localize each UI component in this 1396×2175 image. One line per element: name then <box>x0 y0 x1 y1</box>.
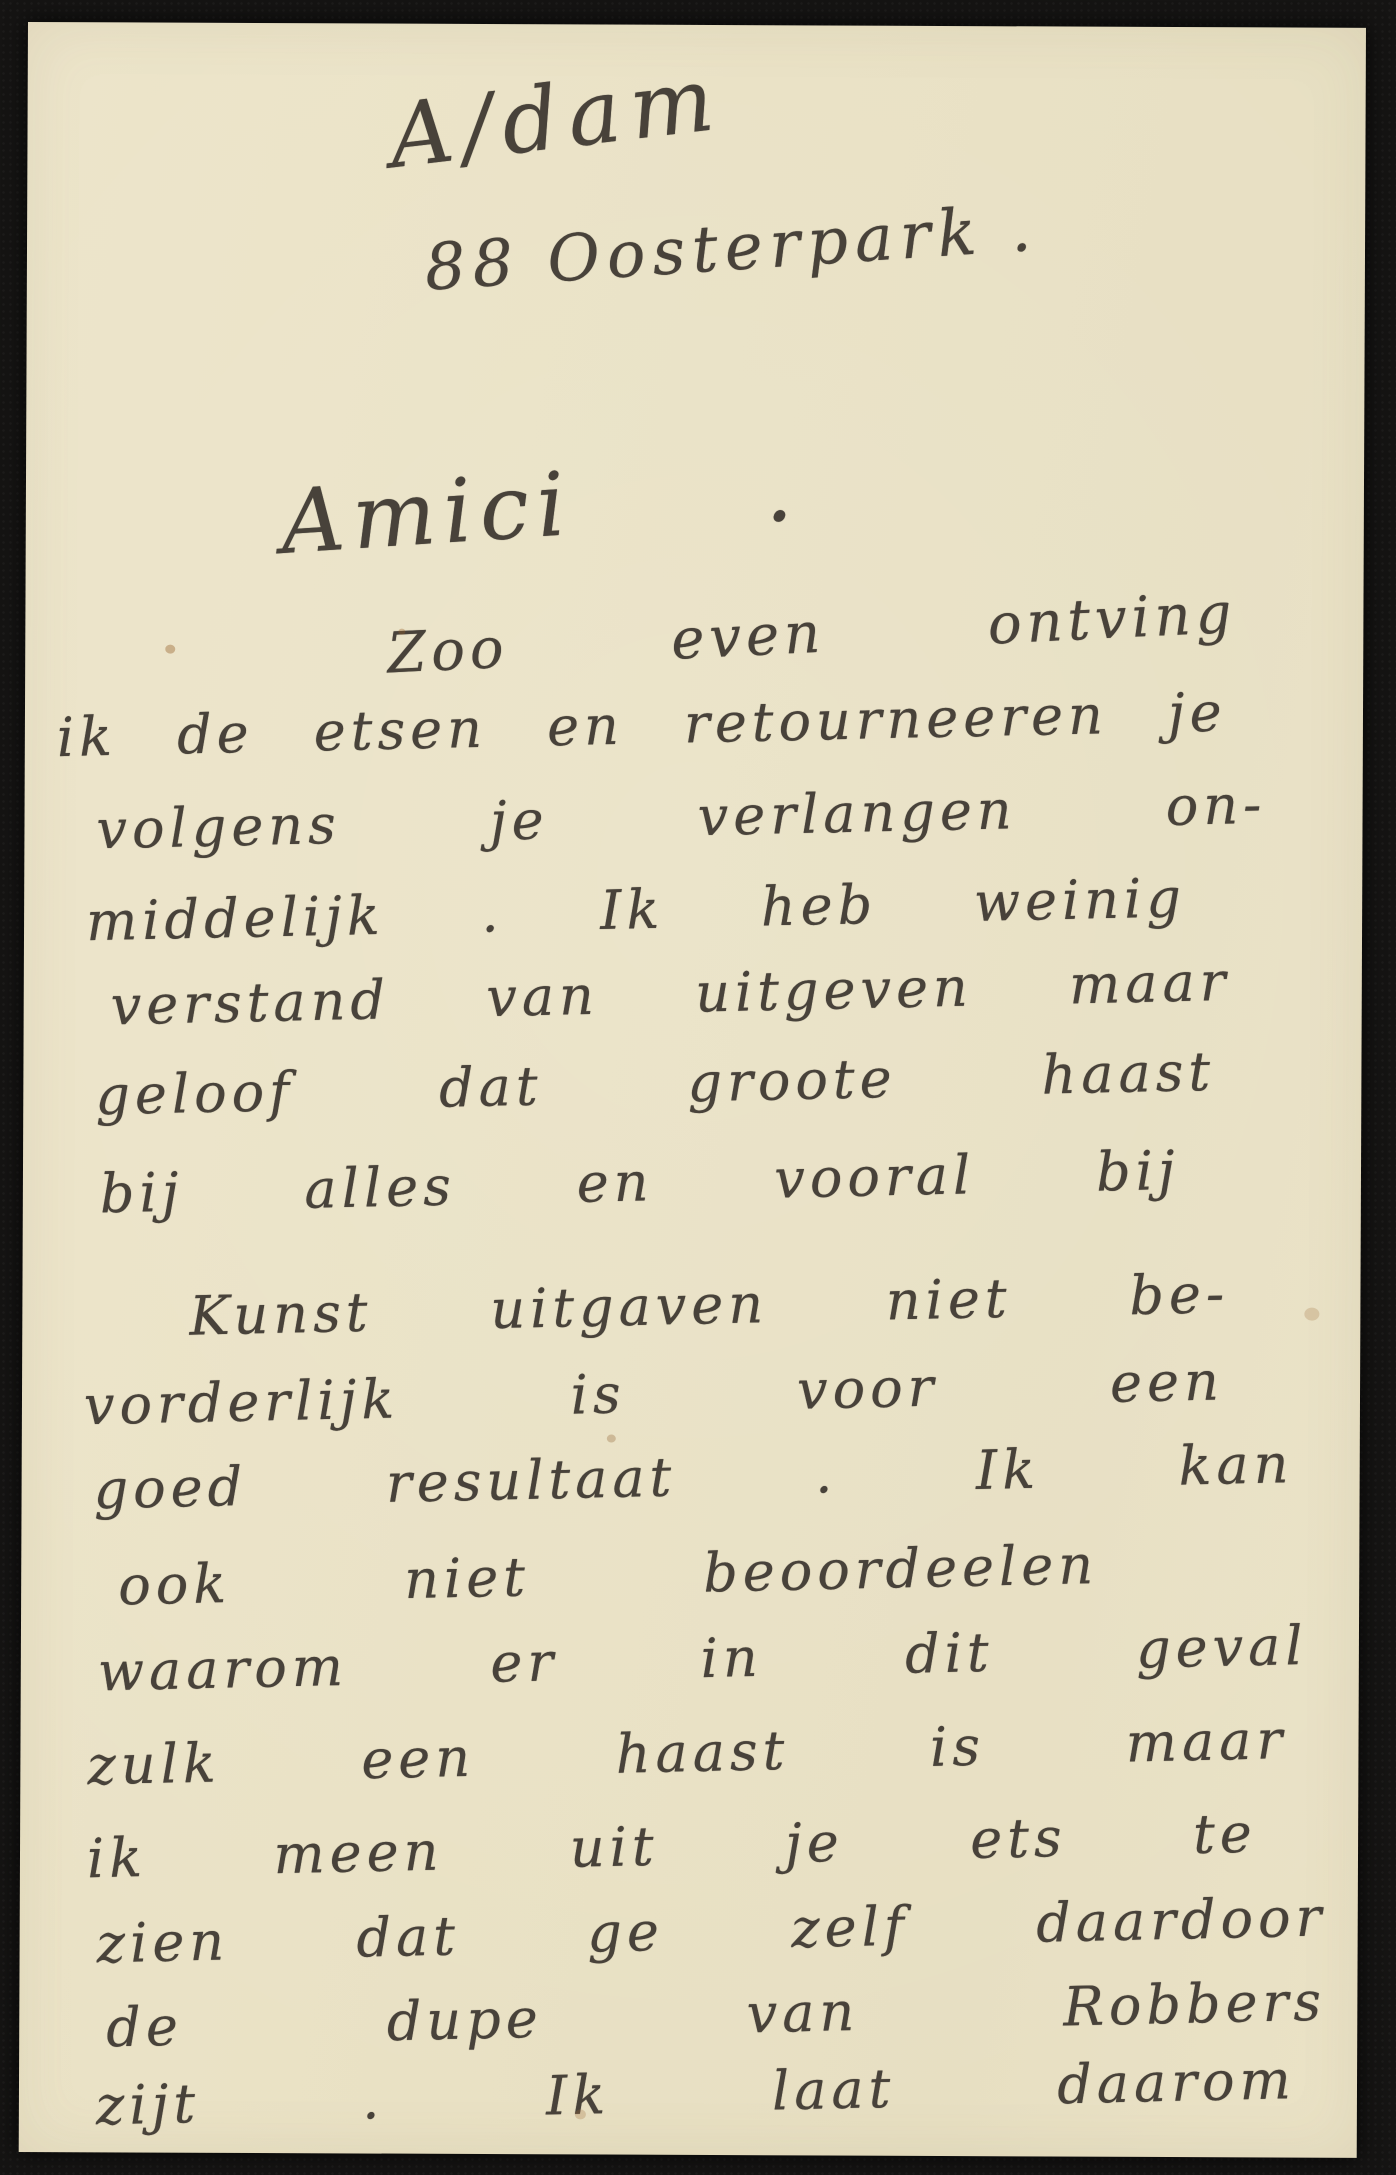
paper-stain <box>575 2109 586 2119</box>
handwriting-line: Kunst uitgaven niet be- <box>189 1262 1230 1348</box>
paper-stain <box>398 629 405 635</box>
handwriting-line: Zoo even ontving <box>386 581 1238 687</box>
handwriting-line: zien dat ge zelf daardoor <box>96 1885 1327 1975</box>
letter-paper: A/dam 88 Oosterpark . Amici . Zoo even o… <box>19 22 1366 2158</box>
handwriting-line: verstand van uitgeven maar <box>110 950 1231 1037</box>
handwriting-line: waarom er in dit geval <box>97 1614 1308 1703</box>
paper-stain <box>607 1435 616 1443</box>
handwriting-line: bij alles en vooral bij <box>99 1139 1180 1226</box>
letter-location-line: A/dam <box>383 47 728 189</box>
paper-stain <box>165 645 175 654</box>
handwriting-line: goed resultaat . Ik kan <box>93 1432 1294 1521</box>
letter-salutation: Amici . <box>277 437 803 574</box>
handwriting-line: ik meen uit je ets te <box>86 1802 1257 1891</box>
handwriting-line: geloof dat groote haast <box>95 1040 1216 1127</box>
letter-address-line: 88 Oosterpark . <box>423 192 1041 306</box>
handwriting-line: vorderlijk is voor een <box>83 1349 1224 1437</box>
photo-background: A/dam 88 Oosterpark . Amici . Zoo even o… <box>0 0 1396 2175</box>
handwriting-line: zijt . Ik laat daarom <box>95 2048 1296 2137</box>
handwriting-line: zulk een haast is maar <box>87 1708 1288 1797</box>
paper-stain <box>1304 1308 1319 1321</box>
handwriting-line: middelijk . Ik heb weinig <box>85 866 1186 953</box>
handwriting-line: ik de etsen en retourneeren je <box>56 681 1227 770</box>
handwriting-line: ook niet beoordeelen <box>117 1533 1098 1617</box>
handwriting-line: volgens je verlangen on- <box>96 773 1267 862</box>
handwriting-line: de dupe van Robbers <box>106 1970 1327 2060</box>
